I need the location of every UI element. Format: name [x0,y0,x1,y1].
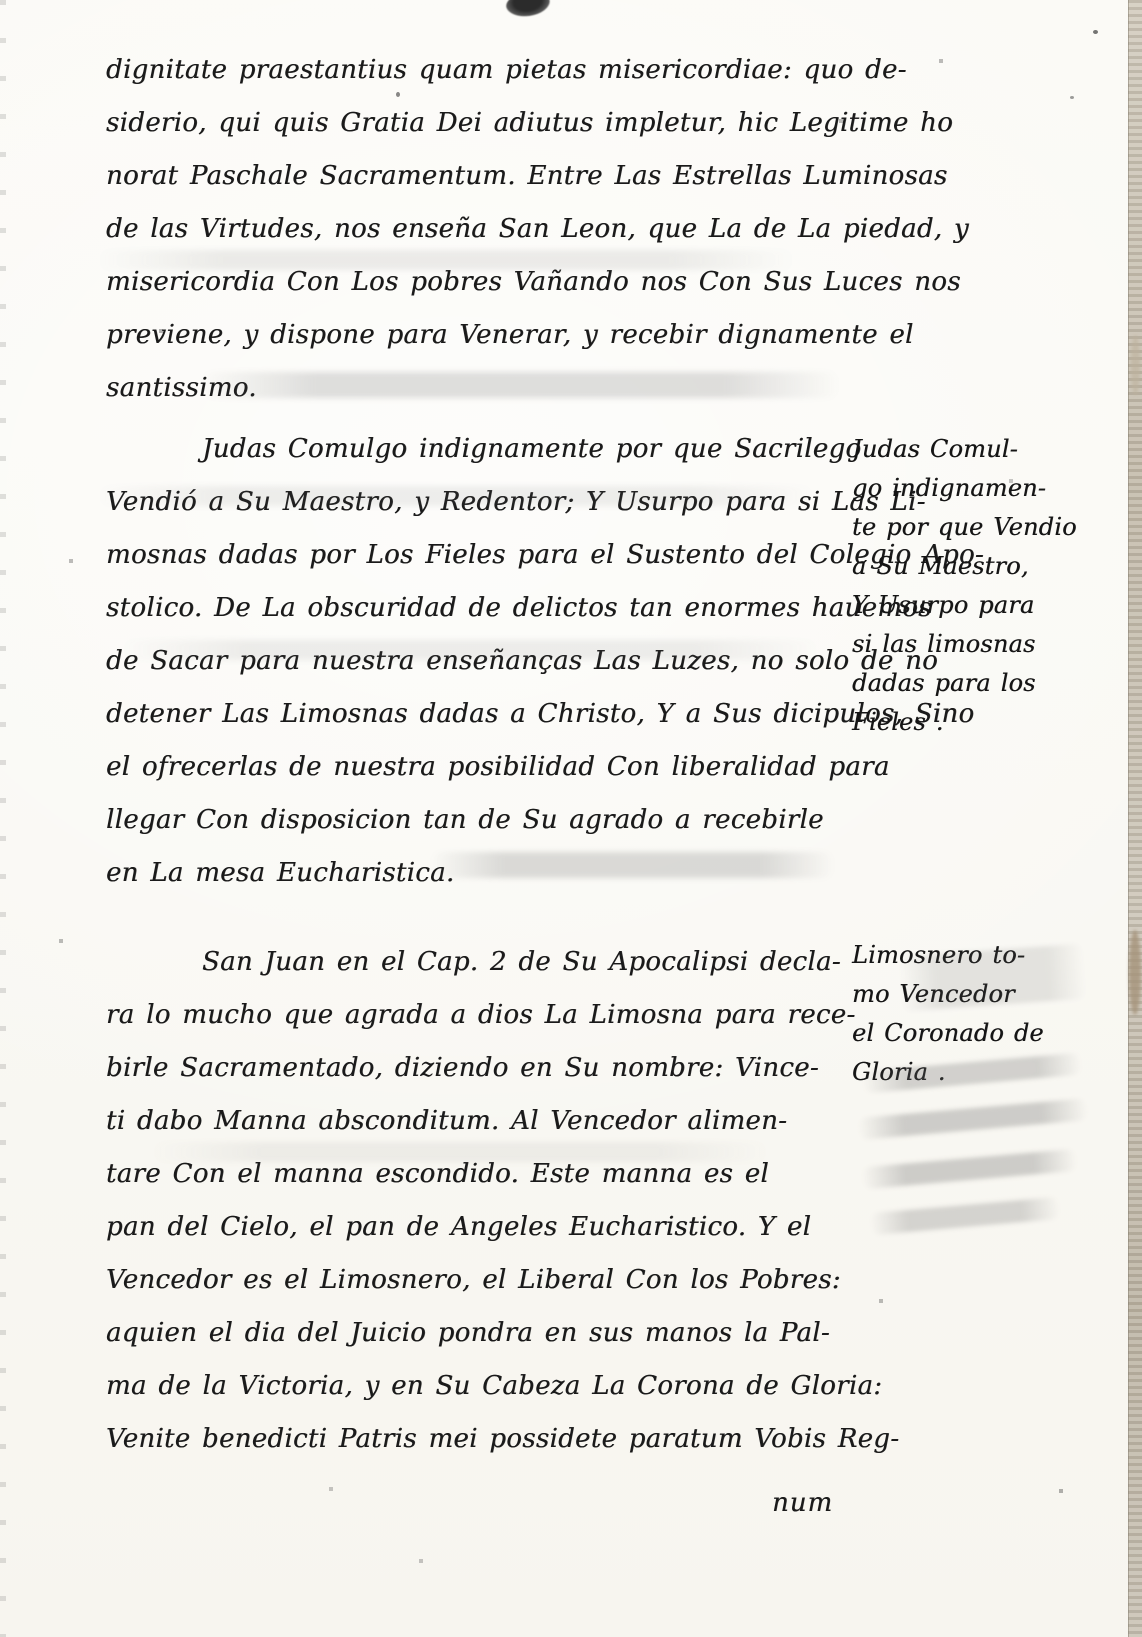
text-line: te por que Vendio [852,508,1087,547]
text-line: Y Usurpo para [852,586,1087,625]
text-line: stolico. De La obscuridad de delictos ta… [106,582,866,635]
manuscript-page: dignitate praestantius quam pietas miser… [0,0,1142,1637]
text-line: dignitate praestantius quam pietas miser… [106,44,866,97]
bleedthrough-smudge [869,1197,1060,1235]
text-line: siderio, qui quis Gratia Dei adiutus imp… [106,97,866,150]
edge-stain [1131,335,1140,395]
page-edge-strip [1128,0,1142,1637]
text-line: San Juan en el Cap. 2 de Su Apocalipsi d… [106,936,866,989]
bleedthrough-smudge [200,372,840,398]
text-line: si las limosnas [852,625,1087,664]
page-left-edge [0,0,6,1637]
ink-blot [505,0,552,19]
bleedthrough-smudge [96,486,816,506]
paper-specks [0,0,2,2]
text-line: llegar Con disposicion tan de Su agrado … [106,794,866,847]
text-line: Judas Comul- [852,430,1087,469]
text-line: de las Virtudes, nos enseña San Leon, qu… [106,203,866,256]
text-line: aquien el dia del Juicio pondra en sus m… [106,1307,866,1360]
text-line: birle Sacramentado, diziendo en Su nombr… [106,1042,866,1095]
ink-fleck [1093,30,1098,34]
text-line: ma de la Victoria, y en Su Cabeza La Cor… [106,1360,866,1413]
text-line: previene, y dispone para Venerar, y rece… [106,309,866,362]
text-line: go indignamen- [852,469,1087,508]
text-line: el ofrecerlas de nuestra posibilidad Con… [106,741,866,794]
text-line: a Su Maestro, [852,547,1087,586]
text-line: el Coronado de [852,1014,1087,1053]
bleedthrough-smudge [857,1098,1088,1140]
bleedthrough-smudge [861,1149,1077,1190]
ink-fleck [396,92,400,97]
text-line: ti dabo Manna absconditum. Al Vencedor a… [106,1095,866,1148]
margin-note-judas: Judas Comul-go indignamen-te por que Ven… [852,430,1087,742]
edge-stain [1129,930,1141,1015]
paragraph-3: San Juan en el Cap. 2 de Su Apocalipsi d… [106,936,866,1466]
bleedthrough-smudge [120,640,820,660]
text-line: mosnas dadas por Los Fieles para el Sust… [106,529,866,582]
bleedthrough-smudge [96,250,796,270]
ink-fleck [1070,96,1074,99]
bleedthrough-smudge [430,852,835,878]
text-line: norat Paschale Sacramentum. Entre Las Es… [106,150,866,203]
text-line: detener Las Limosnas dadas a Christo, Y … [106,688,866,741]
text-line: Fieles . [852,703,1087,742]
text-line: Vencedor es el Limosnero, el Liberal Con… [106,1254,866,1307]
paragraph-1: dignitate praestantius quam pietas miser… [106,44,866,415]
text-line: ra lo mucho que agrada a dios La Limosna… [106,989,866,1042]
text-line: dadas para los [852,664,1087,703]
bleedthrough-smudge [150,1142,770,1162]
text-line: pan del Cielo, el pan de Angeles Euchari… [106,1201,866,1254]
catchword: num [772,1488,833,1518]
text-line: Venite benedicti Patris mei possidete pa… [106,1413,866,1466]
text-line: Judas Comulgo indignamente por que Sacri… [106,423,866,476]
